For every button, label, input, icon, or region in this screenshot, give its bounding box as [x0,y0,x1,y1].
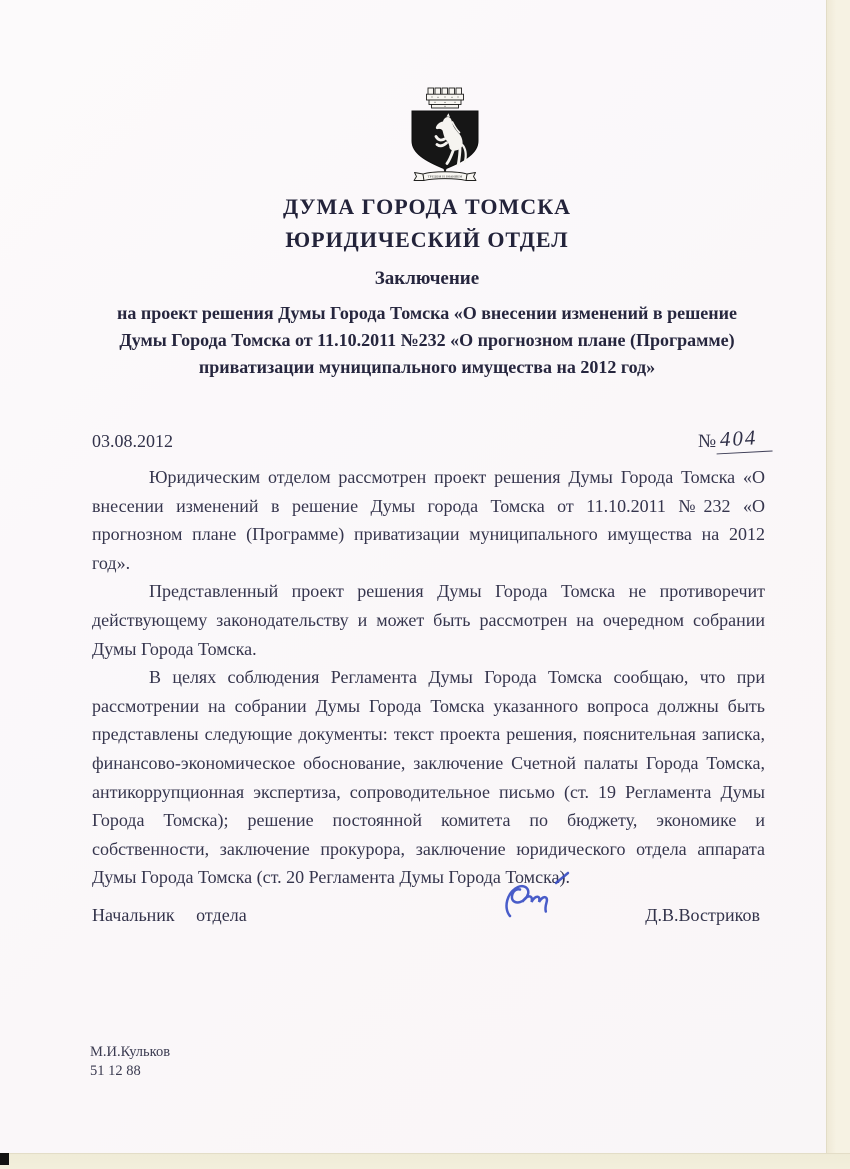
number-value-handwritten: 404 [715,425,772,455]
paragraph-2: Представленный проект решения Думы Город… [92,577,765,663]
executor-name: М.И.Кульков [90,1043,170,1062]
paragraph-3: В целях соблюдения Регламента Думы Город… [92,663,765,892]
document-date: 03.08.2012 [92,431,173,452]
motto-text: ТРУДОМ И ЗНАНИЕМ [428,175,463,179]
org-name-line1: ДУМА ГОРОДА ТОМСКА [92,194,762,220]
executor-phone: 51 12 88 [90,1062,170,1081]
signer-position: Начальник отдела [92,905,247,926]
signature-row: Начальник отдела Д.В.Востриков [92,900,762,940]
paragraph-1: Юридическим отделом рассмотрен проект ре… [92,463,765,577]
scan-corner-artifact [0,1153,9,1165]
signer-name: Д.В.Востриков [645,905,760,926]
document-body: Юридическим отделом рассмотрен проект ре… [92,463,765,892]
scan-edge-right [826,0,850,1169]
scanned-document-page: ТРУДОМ И ЗНАНИЕМ ДУМА ГОРОДА ТОМСКА ЮРИД… [0,0,850,1169]
document-subject: на проект решения Думы Города Томска «О … [104,300,750,381]
mural-crown-icon [427,88,464,108]
org-name-line2: ЮРИДИЧЕСКИЙ ОТДЕЛ [92,227,762,253]
document-number: №404 [698,428,772,455]
number-sign: № [698,431,716,452]
document-title: Заключение [92,268,762,290]
tomsk-coat-of-arms-icon: ТРУДОМ И ЗНАНИЕМ [402,87,488,187]
executor-block: М.И.Кульков 51 12 88 [90,1043,170,1081]
scan-edge-bottom [0,1153,850,1169]
